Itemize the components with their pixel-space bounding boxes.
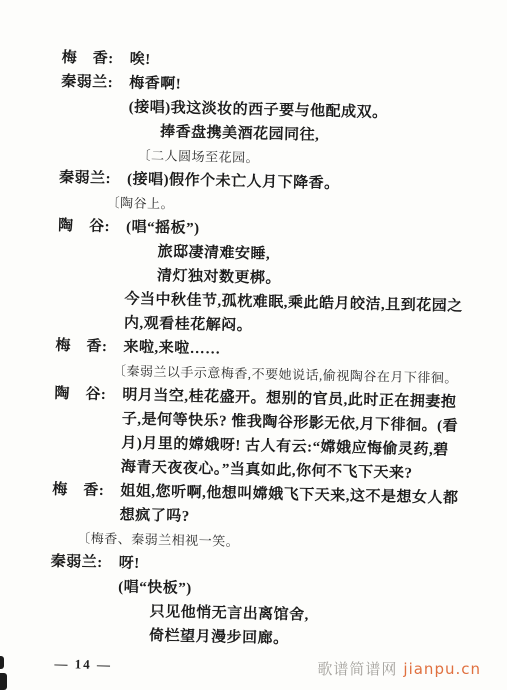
line-text: 内,观看桂花解闷。 [124, 315, 253, 334]
speaker-name: 梅 香: [52, 478, 121, 503]
printed-text-block: 梅 香:唉!秦弱兰:梅香啊!(接唱)我这淡妆的西子要与他配成双。捧香盘携美酒花园… [48, 46, 492, 681]
line-text: (唱“摇板”) [126, 219, 200, 237]
ink-smudge [0, 673, 7, 690]
line-text: (接唱)假作个未亡人月下降香。 [127, 171, 340, 192]
line-text: 捧香盘携美酒花园同往, [160, 124, 320, 143]
line-text: (唱“快板”) [118, 579, 192, 597]
speaker-name: 梅 香: [61, 46, 130, 71]
line-text: 子,是何等快乐? 惟我陶谷形影无依,月下徘徊。(看 [122, 411, 459, 434]
ink-smudge [0, 656, 4, 669]
line-text: 姐姐,您听啊,他想叫嫦娥飞下天来,这不是想女人都 [120, 483, 459, 506]
line-text: 想疯了吗? [120, 507, 190, 525]
line-text: 只见他悄无言出离馆舍, [149, 604, 309, 623]
line-text: 旅邸凄清难安睡, [157, 244, 270, 262]
speaker-name: 秦弱兰: [61, 70, 130, 95]
watermark-site-url-link[interactable]: jianpu.cn [403, 660, 481, 678]
script-lines: 梅 香:唉!秦弱兰:梅香啊!(接唱)我这淡妆的西子要与他配成双。捧香盘携美酒花园… [49, 46, 492, 655]
line-text: 清灯独对数更梆。 [157, 268, 281, 287]
speaker-name: 陶 谷: [58, 214, 127, 239]
line-text: 海青天夜夜心。”当真如此,你何不飞下天来? [121, 459, 413, 481]
line-text: (接唱)我这淡妆的西子要与他配成双。 [129, 99, 388, 121]
watermark-site-name: 歌谱简谱网 [317, 660, 397, 678]
line-text: 呀! [119, 555, 140, 571]
scanned-script-page: 梅 香:唉!秦弱兰:梅香啊!(接唱)我这淡妆的西子要与他配成双。捧香盘携美酒花园… [0, 0, 507, 690]
watermark: 歌谱简谱网jianpu.cn [317, 658, 481, 679]
speaker-name: 秦弱兰: [59, 166, 128, 191]
line-text: 来啦,来啦…… [123, 339, 221, 357]
line-text: 今当中秋佳节,孤枕难眠,乘此皓月皎洁,且到花园之 [124, 291, 463, 314]
line-text: 〔梅香、秦弱兰相视一笑。 [77, 530, 239, 549]
line-text: 月)月里的嫦娥呀! 古人有云:“嫦娥应悔偷灵药,碧 [121, 435, 449, 458]
line-text: 倚栏望月漫步回廊。 [149, 628, 289, 647]
line-text: 梅香啊! [129, 75, 181, 92]
line-text: 〔二人圆场至花园。 [137, 148, 259, 166]
speaker-name: 陶 谷: [54, 382, 123, 407]
line-text: 〔陶谷上。 [106, 195, 174, 211]
speaker-name: 秦弱兰: [50, 550, 119, 575]
speaker-name: 梅 香: [55, 334, 124, 359]
line-text: 明月当空,桂花盛开。想别的官员,此时正在拥妻抱 [122, 387, 456, 410]
line-text: 〔秦弱兰以手示意梅香,不要她说话,偷视陶谷在月下徘徊。 [113, 363, 458, 386]
line-text: 唉! [130, 51, 151, 67]
